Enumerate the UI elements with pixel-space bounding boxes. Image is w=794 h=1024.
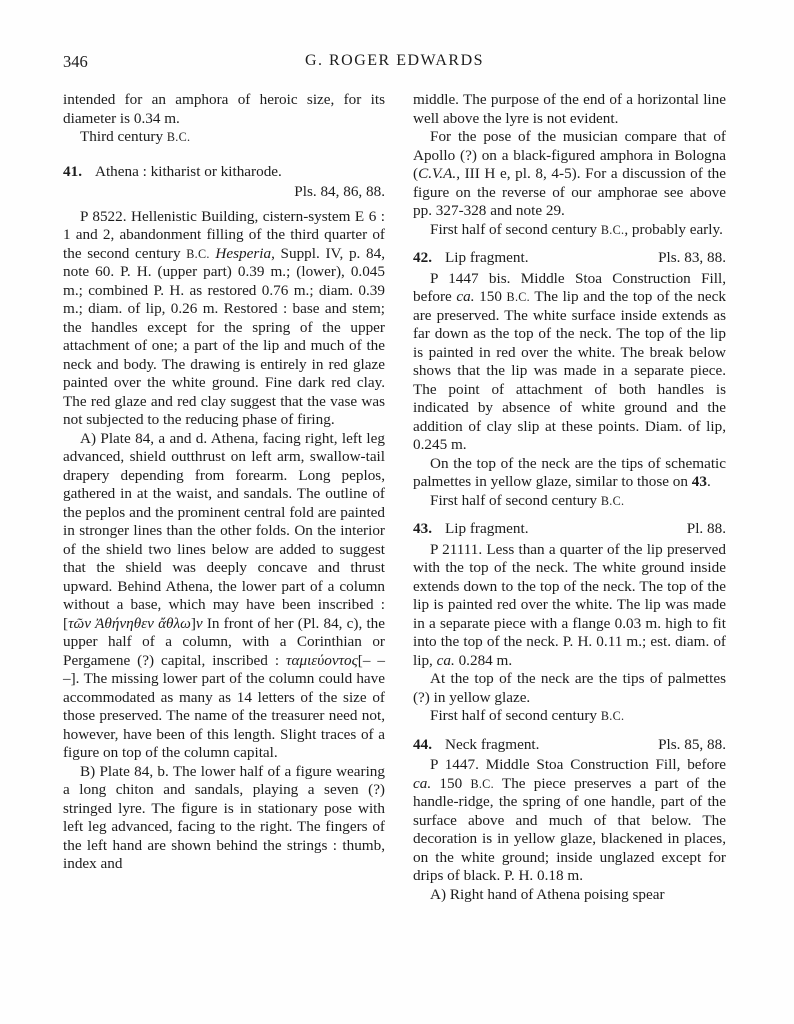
paragraph: First half of second century B.C. — [413, 492, 726, 511]
entry-title: Athena : kitharist or kitharode. — [95, 163, 385, 182]
text-run: middle. The purpose of the end of a hori… — [413, 91, 726, 127]
entry-title: Lip fragment. — [445, 520, 679, 539]
text-run: A) Plate 84, a and d. Athena, facing rig… — [63, 430, 385, 632]
text-run: Third century — [80, 128, 167, 145]
scanned-book-page: 346 G. ROGER EDWARDS intended for an amp… — [0, 0, 794, 1024]
text-run: ν — [196, 615, 203, 632]
text-run: ca. — [437, 652, 455, 669]
text-run: . — [707, 473, 711, 490]
text-run: , probably early. — [624, 221, 723, 238]
text-run: τῶν Ἀθήνηθεν ἄθλω — [68, 615, 191, 632]
text-column-right: middle. The purpose of the end of a hori… — [413, 91, 726, 904]
text-run: , Suppl. IV, p. 84, note 60. P. H. (uppe… — [63, 245, 385, 429]
text-run: The lip and the top of the neck are pres… — [413, 288, 726, 453]
paragraph: B) Plate 84, b. The lower half of a figu… — [63, 763, 385, 874]
text-run: P 21111. Less than a quarter of the lip … — [413, 541, 726, 669]
paragraph: A) Right hand of Athena poising spear — [413, 886, 726, 905]
paragraph: First half of second century B.C. — [413, 707, 726, 726]
entry-number: 42. — [413, 249, 432, 268]
text-run: intended for an amphora of heroic size, … — [63, 91, 385, 127]
entry-title: Lip fragment. — [445, 249, 650, 268]
text-run: ca. — [456, 288, 474, 305]
text-run: First half of second century — [430, 221, 601, 238]
entry-plate-refs: Pls. 84, 86, 88. — [63, 183, 385, 202]
entry-plate-refs: Pls. 85, 88. — [658, 736, 726, 755]
text-run: At the top of the neck are the tips of p… — [413, 670, 726, 706]
text-run: ταμιεύοντος — [286, 652, 358, 669]
text-run: B) Plate 84, b. The lower half of a figu… — [63, 763, 385, 873]
catalog-entry-heading: 41.Athena : kitharist or kitharode. — [63, 163, 385, 182]
paragraph: A) Plate 84, a and d. Athena, facing rig… — [63, 430, 385, 763]
paragraph: For the pose of the musician compare tha… — [413, 128, 726, 221]
paragraph: At the top of the neck are the tips of p… — [413, 670, 726, 707]
text-run: B.C. — [601, 223, 625, 237]
running-head: 346 G. ROGER EDWARDS — [63, 52, 726, 72]
entry-plate-refs: Pls. 83, 88. — [658, 249, 726, 268]
paragraph: First half of second century B.C., proba… — [413, 221, 726, 240]
entry-title: Neck fragment. — [445, 736, 650, 755]
text-run: , III H e, pl. 8, 4-5). For a discussion… — [413, 165, 726, 219]
paragraph: P 1447 bis. Middle Stoa Construction Fil… — [413, 270, 726, 455]
entry-plate-refs: Pl. 88. — [687, 520, 726, 539]
text-run: C.V.A. — [418, 165, 456, 182]
text-run: B.C. — [470, 777, 494, 791]
text-run: 150 — [475, 288, 507, 305]
text-run: B.C. — [601, 709, 625, 723]
catalog-entry-heading: 43.Lip fragment.Pl. 88. — [413, 520, 726, 539]
catalog-entry-heading: 42.Lip fragment.Pls. 83, 88. — [413, 249, 726, 268]
text-run: On the top of the neck are the tips of s… — [413, 455, 726, 491]
paragraph: middle. The purpose of the end of a hori… — [413, 91, 726, 128]
entry-number: 43. — [413, 520, 432, 539]
text-run: B.C. — [186, 247, 210, 261]
running-title: G. ROGER EDWARDS — [63, 52, 726, 70]
paragraph: intended for an amphora of heroic size, … — [63, 91, 385, 128]
paragraph: P 1447. Middle Stoa Construction Fill, b… — [413, 756, 726, 886]
text-run: 43 — [692, 473, 707, 490]
text-run: B.C. — [601, 494, 625, 508]
paragraph: Third century B.C. — [63, 128, 385, 147]
text-run: P 1447. Middle Stoa Construction Fill, b… — [430, 756, 726, 773]
entry-number: 41. — [63, 163, 82, 182]
paragraph: P 8522. Hellenistic Building, cistern-sy… — [63, 208, 385, 430]
text-run: B.C. — [167, 130, 191, 144]
entry-number: 44. — [413, 736, 432, 755]
text-column-left: intended for an amphora of heroic size, … — [63, 91, 385, 874]
catalog-entry-heading: 44.Neck fragment.Pls. 85, 88. — [413, 736, 726, 755]
text-run: 150 — [431, 775, 470, 792]
paragraph: P 21111. Less than a quarter of the lip … — [413, 541, 726, 671]
text-run: First half of second century — [430, 492, 601, 509]
text-run: Hesperia — [215, 245, 271, 262]
paragraph: On the top of the neck are the tips of s… — [413, 455, 726, 492]
text-run: First half of second century — [430, 707, 601, 724]
text-run: B.C. — [507, 290, 531, 304]
text-run: 0.284 m. — [455, 652, 512, 669]
text-run: ca. — [413, 775, 431, 792]
text-run: A) Right hand of Athena poising spear — [430, 886, 665, 903]
